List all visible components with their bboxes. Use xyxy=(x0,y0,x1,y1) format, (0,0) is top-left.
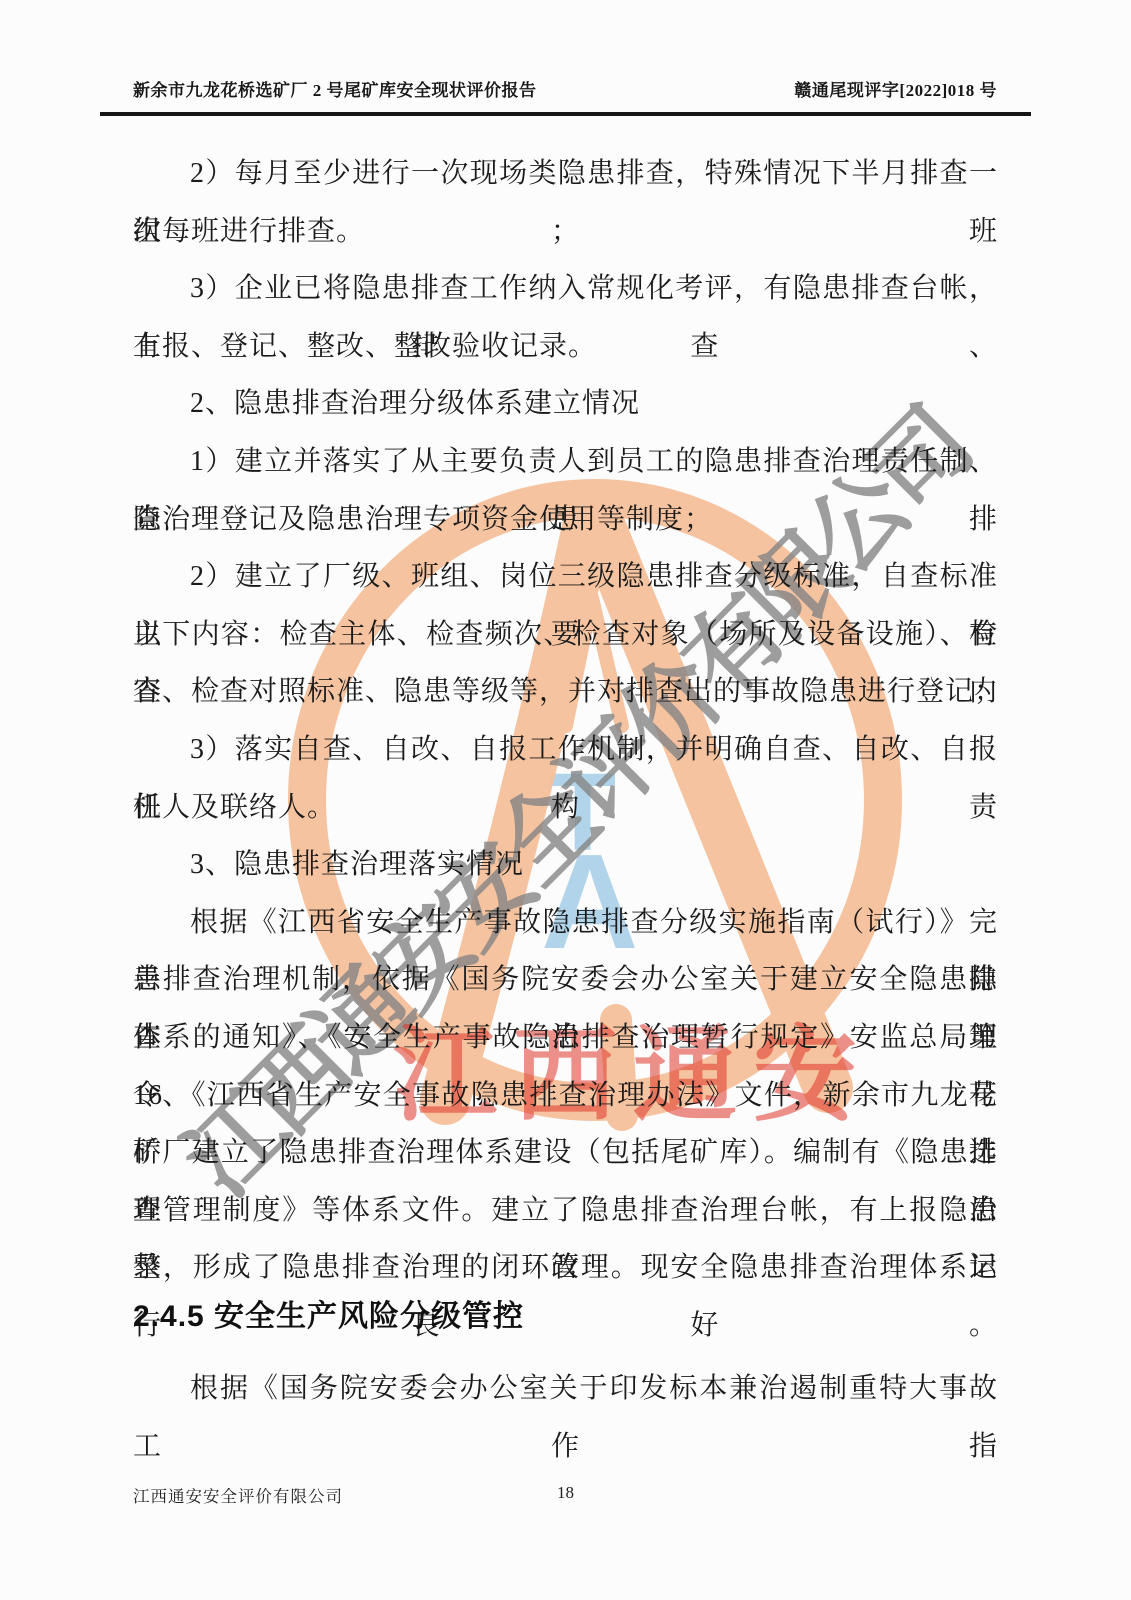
body-line: 2、隐患排查治理分级体系建立情况 xyxy=(133,375,998,433)
body-line: 矿厂建立了隐患排查治理体系建设（包括尾矿库）。编制有《隐患排查治 xyxy=(133,1124,998,1182)
header-document-number: 赣通尾现评字[2022]018 号 xyxy=(794,76,997,101)
body-line: 2）建立了厂级、班组、岗位三级隐患排查分级标准，自查标准主要有 xyxy=(133,548,998,606)
body-line: 上报、登记、整改、整改验收记录。 xyxy=(133,318,998,376)
body-line: 根据《江西省安全生产事故隐患排查分级实施指南（试行）》完善隐 xyxy=(133,894,998,952)
body-line: 理管理制度》等体系文件。建立了隐患排查治理台帐，有上报隐患整改记 xyxy=(133,1182,998,1240)
page-content: 新余市九龙花桥选矿厂 2 号尾矿库安全现状评价报告 赣通尾现评字[2022]01… xyxy=(0,0,1131,1600)
section-heading: 2.4.5 安全生产风险分级管控 xyxy=(133,1292,1013,1342)
body-line: 3）企业已将隐患排查工作纳入常规化考评，有隐患排查台帐，有排查、 xyxy=(133,260,998,318)
body-line: 组每班进行排查。 xyxy=(133,203,998,261)
body-line: 2）每月至少进行一次现场类隐患排查，特殊情况下半月排查一次；班 xyxy=(133,145,998,203)
body-line: 根据《国务院安委会办公室关于印发标本兼治遏制重特大事故工作指 xyxy=(133,1360,998,1475)
document-page: T A 江西通安安全评价有限公司 江西通安 新余市九龙花桥选矿厂 2 号尾矿库安… xyxy=(0,0,1131,1600)
body-line: 以下内容：检查主体、检查频次、检查对象（场所及设备设施）、检查内 xyxy=(133,606,998,664)
header-rule xyxy=(100,112,1031,116)
body-line: 录，形成了隐患排查治理的闭环管理。现安全隐患排查治理体系运行良好。 xyxy=(133,1239,998,1297)
footer-page-number: 18 xyxy=(0,1483,1131,1503)
body-line: 任人及联络人。 xyxy=(133,779,998,837)
body-line: 1）建立并落实了从主要负责人到员工的隐患排查治理责任制、隐患排 xyxy=(133,433,998,491)
body-line: 3）落实自查、自改、自报工作机制，并明确自查、自改、自报机构责 xyxy=(133,721,998,779)
body-line: 容、检查对照标准、隐患等级等，并对排查出的事故隐患进行登记； xyxy=(133,663,998,721)
body-line: 查治理登记及隐患治理专项资金使用等制度； xyxy=(133,491,998,549)
header-report-title: 新余市九龙花桥选矿厂 2 号尾矿库安全现状评价报告 xyxy=(133,76,537,101)
body-line: 令、《江西省生产安全事故隐患排查治理办法》文件，新余市九龙花桥选 xyxy=(133,1067,998,1125)
body-line: 体系的通知》、《安全生产事故隐患排查治理暂行规定》安监总局第 16 号 xyxy=(133,1009,998,1067)
body-line: 患排查治理机制，依据《国务院安委会办公室关于建立安全隐患排查治理 xyxy=(133,951,998,1009)
body-line: 3、隐患排查治理落实情况 xyxy=(133,836,998,894)
